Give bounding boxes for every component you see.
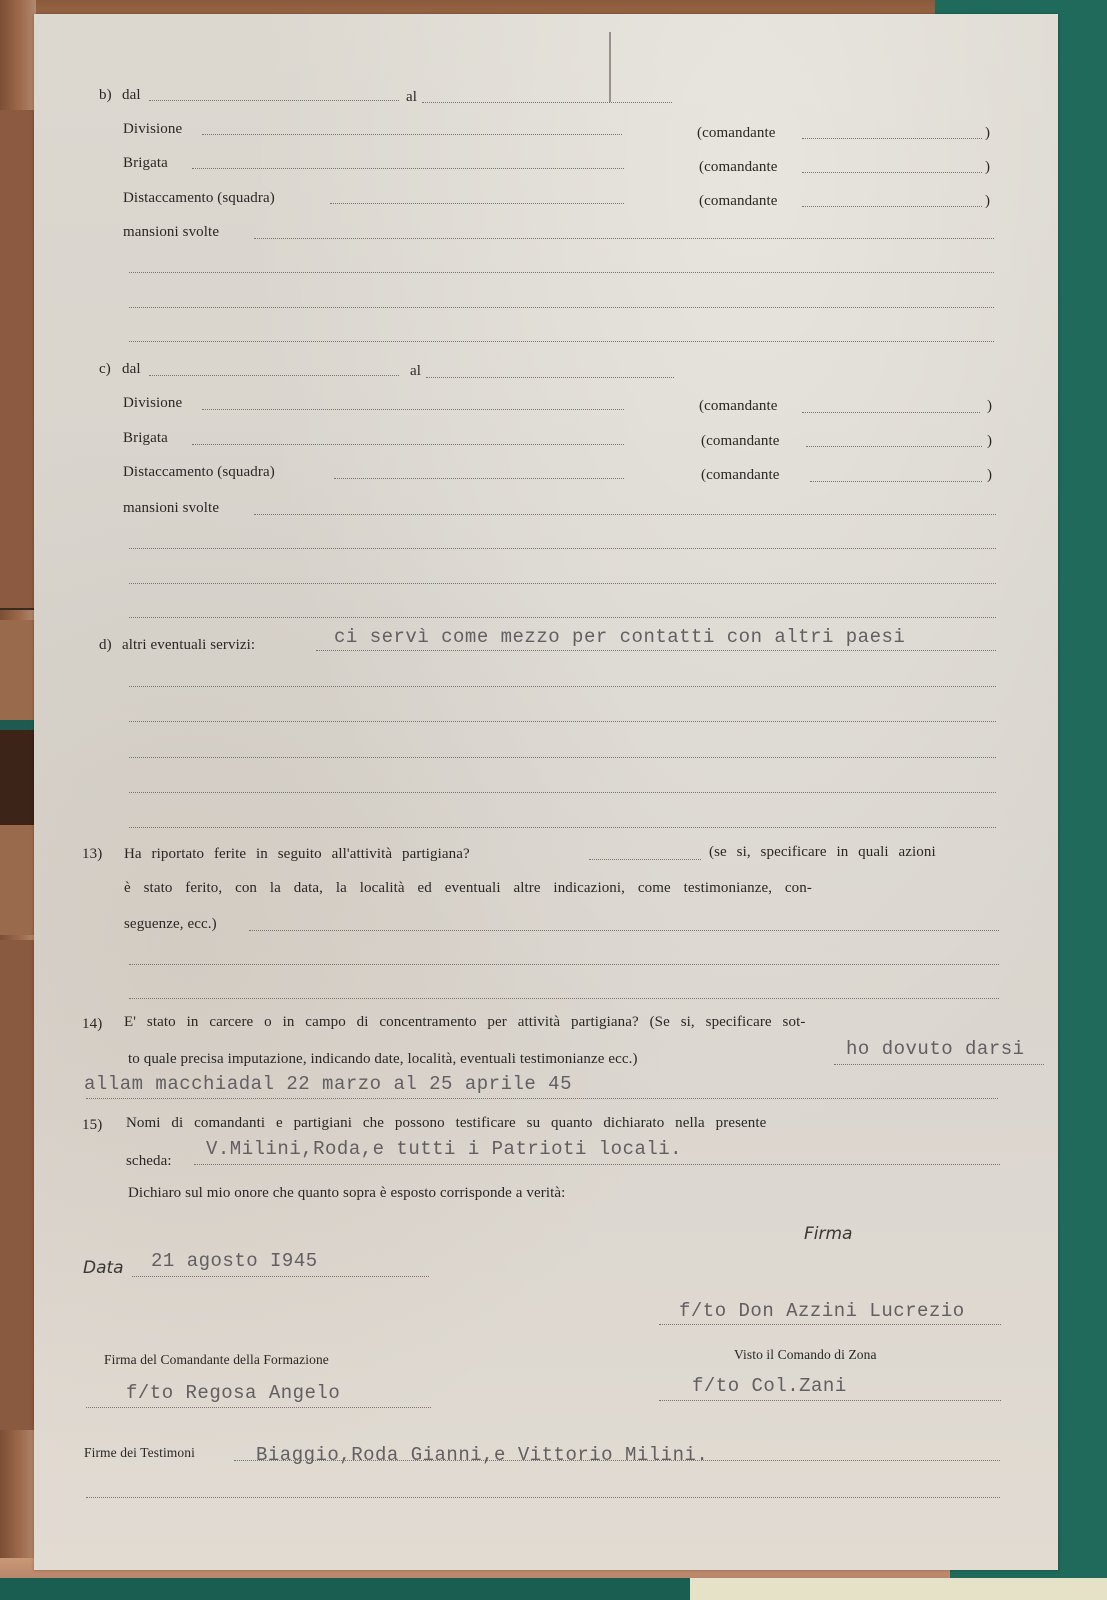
q14-answer-line2: allam macchiadal 22 marzo al 25 aprile 4… [84,1073,572,1095]
mansioni-field-line[interactable] [129,307,994,308]
dal-field[interactable] [149,100,399,101]
mansioni-label: mansioni svolte [123,223,219,241]
mansioni-field-line[interactable] [129,583,996,584]
close-paren: ) [987,432,992,450]
comandante-formazione-label: Firma del Comandante della Formazione [104,1351,329,1369]
q15-answer: V.Milini,Roda,e tutti i Patrioti locali. [206,1138,682,1160]
divisione-field[interactable] [202,409,624,410]
q13-line2: è stato ferito, con la data, la località… [124,879,812,897]
firma-value: f/to Don Azzini Lucrezio [679,1300,965,1322]
q15-line1: Nomi di comandanti e partigiani che poss… [126,1114,766,1132]
comandante-formazione-value: f/to Regosa Angelo [126,1382,340,1404]
divisione-comandante-field[interactable] [802,138,982,139]
q13-number: 13) [82,845,102,863]
comandante-label: (comandante [701,466,780,484]
q15-scheda-label: scheda: [126,1152,172,1170]
firma-label: Firma [804,1224,852,1244]
brigata-field[interactable] [192,168,624,169]
altri-servizi-line[interactable] [129,721,996,722]
comando-zona-field[interactable] [659,1400,1001,1401]
comando-zona-value: f/to Col.Zani [692,1375,847,1397]
distaccamento-label: Distaccamento (squadra) [123,463,275,481]
declaration-text: Dichiaro sul mio onore che quanto sopra … [128,1184,565,1202]
q13-line3: seguenze, ecc.) [124,915,217,933]
divisione-label: Divisione [123,120,182,138]
close-paren: ) [987,397,992,415]
brigata-label: Brigata [123,429,168,447]
comando-zona-label: Visto il Comando di Zona [734,1346,877,1364]
data-label: Data [83,1258,124,1278]
mansioni-field[interactable] [254,238,994,239]
data-field[interactable] [132,1276,429,1277]
al-label: al [410,362,421,380]
altri-servizi-line[interactable] [129,686,996,687]
brigata-comandante-field[interactable] [802,172,982,173]
comandante-label: (comandante [699,192,778,210]
q14-answer-line1: ho dovuto darsi [846,1038,1025,1060]
q14-line1: E' stato in carcere o in campo di concen… [124,1013,805,1031]
distaccamento-comandante-field[interactable] [810,481,982,482]
section-c-marker: c) [99,360,111,378]
distaccamento-label: Distaccamento (squadra) [123,189,275,207]
al-field[interactable] [426,377,674,378]
testimoni-line[interactable] [86,1497,1000,1498]
altri-servizi-field[interactable] [316,650,996,651]
q13-answer-line[interactable] [129,964,999,965]
section-d-marker: d) [99,636,112,654]
comandante-label: (comandante [697,124,776,142]
distaccamento-field[interactable] [334,478,624,479]
comandante-formazione-field[interactable] [86,1407,431,1408]
close-paren: ) [985,124,990,142]
q13-yes-no-field[interactable] [589,859,701,860]
q14-line2: to quale precisa imputazione, indicando … [128,1050,638,1068]
q13-answer-field[interactable] [249,930,999,931]
comandante-label: (comandante [699,158,778,176]
altri-servizi-line[interactable] [129,827,996,828]
distaccamento-field[interactable] [330,203,624,204]
close-paren: ) [985,192,990,210]
divisione-label: Divisione [123,394,182,412]
dal-label: dal [122,360,141,378]
binder-spine-left [0,0,36,1600]
q14-answer-field[interactable] [834,1064,1044,1065]
paper-tear [609,32,611,102]
mansioni-field-line[interactable] [129,341,994,342]
brigata-comandante-field[interactable] [806,446,982,447]
form-page: b) dal al Divisione (comandante ) Brigat… [34,14,1058,1570]
data-value: 21 agosto I945 [151,1250,318,1272]
q15-number: 15) [82,1116,102,1134]
comandante-label: (comandante [699,397,778,415]
dal-field[interactable] [149,375,399,376]
q15-answer-field[interactable] [194,1164,1000,1165]
mansioni-field-line[interactable] [129,548,996,549]
close-paren: ) [985,158,990,176]
table-surface [0,1578,690,1600]
dal-label: dal [122,86,141,104]
altri-servizi-line[interactable] [129,792,996,793]
q13-line1: Ha riportato ferite in seguito all'attiv… [124,845,470,863]
mansioni-field-line[interactable] [129,272,994,273]
firma-field[interactable] [659,1324,1001,1325]
al-label: al [406,88,417,106]
distaccamento-comandante-field[interactable] [802,206,982,207]
brigata-field[interactable] [192,444,624,445]
divisione-field[interactable] [202,134,622,135]
q13-answer-line[interactable] [129,998,999,999]
brigata-label: Brigata [123,154,168,172]
testimoni-value: Biaggio,Roda Gianni,e Vittorio Milini. [256,1444,708,1466]
mansioni-label: mansioni svolte [123,499,219,517]
table-surface-light [690,1578,1107,1600]
divisione-comandante-field[interactable] [802,412,980,413]
testimoni-label: Firme dei Testimoni [84,1444,195,1462]
al-field[interactable] [422,102,672,103]
altri-servizi-value: ci servì come mezzo per contatti con alt… [334,626,905,648]
comandante-label: (comandante [701,432,780,450]
q13-line1-right: (se si, specificare in quali azioni [709,843,936,861]
close-paren: ) [987,466,992,484]
mansioni-field-line[interactable] [129,617,996,618]
section-b-marker: b) [99,86,112,104]
altri-servizi-line[interactable] [129,757,996,758]
q14-answer-line[interactable] [86,1098,998,1099]
q14-number: 14) [82,1015,102,1033]
mansioni-field[interactable] [254,514,996,515]
altri-servizi-label: altri eventuali servizi: [122,636,255,654]
